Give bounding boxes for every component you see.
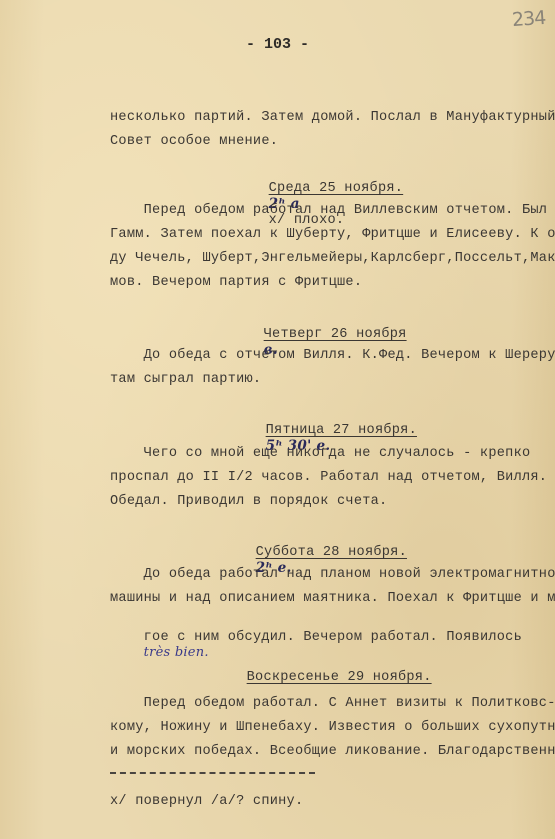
text-line: ду Чечель, Шуберт,Энгельмейеры,Карлсберг… xyxy=(110,251,555,266)
page-number: - 103 - xyxy=(0,36,555,53)
heading-text: Среда 25 ноября. xyxy=(269,181,404,196)
footnote: x/ повернул /а/? спину. xyxy=(110,794,303,809)
text-line: там сыграл партию. xyxy=(110,372,261,387)
text-line: Перед обедом работал над Виллевским отче… xyxy=(110,203,547,218)
heading-text: Четверг 26 ноября xyxy=(264,327,407,342)
text-line: Обедал. Приводил в порядок счета. xyxy=(110,494,387,509)
document-page: 234 - 103 - несколько партий. Затем домо… xyxy=(0,0,555,839)
text-line: Гамм. Затем поехал к Шуберту, Фритцше и … xyxy=(110,227,555,242)
entry-heading-sunday: Воскресенье 29 ноября. xyxy=(213,655,432,700)
text-line: проспал до II I/2 часов. Работал над отч… xyxy=(110,470,547,485)
text-line: Совет особое мнение. xyxy=(110,134,278,149)
heading-text: Суббота 28 ноября. xyxy=(256,545,407,560)
text-line: Чего со мной еще никогда не случалось - … xyxy=(110,446,530,461)
text-line: и морских победах. Всеобщие ликование. Б… xyxy=(110,744,555,759)
archive-number: 234 xyxy=(511,7,546,31)
text-line: До обеда с отчетом Вилля. К.Фед. Вечером… xyxy=(110,348,555,363)
text-line: мов. Вечером партия с Фритцше. xyxy=(110,275,362,290)
heading-text: Пятница 27 ноября. xyxy=(266,423,417,438)
handwritten-tail: très bien. xyxy=(144,645,209,660)
heading-text: Воскресенье 29 ноября. xyxy=(247,670,432,685)
text-line: машины и над описанием маятника. Поехал … xyxy=(110,591,555,606)
text-line: кому, Ножину и Шпенебаху. Известия о бол… xyxy=(110,720,555,735)
text-line-body: гое с ним обсудил. Вечером работал. Появ… xyxy=(144,630,522,645)
entry-heading-saturday: Суббота 28 ноября. 2ʰ e. xyxy=(222,530,407,592)
entry-heading-thursday: Четверг 26 ноября в. xyxy=(230,312,407,374)
text-line: До обеда работал над планом новой электр… xyxy=(110,567,555,582)
text-line: Перед обедом работал. С Аннет визиты к П… xyxy=(110,696,555,711)
text-line: несколько партий. Затем домой. Послал в … xyxy=(110,110,555,125)
footnote-separator xyxy=(110,772,315,774)
